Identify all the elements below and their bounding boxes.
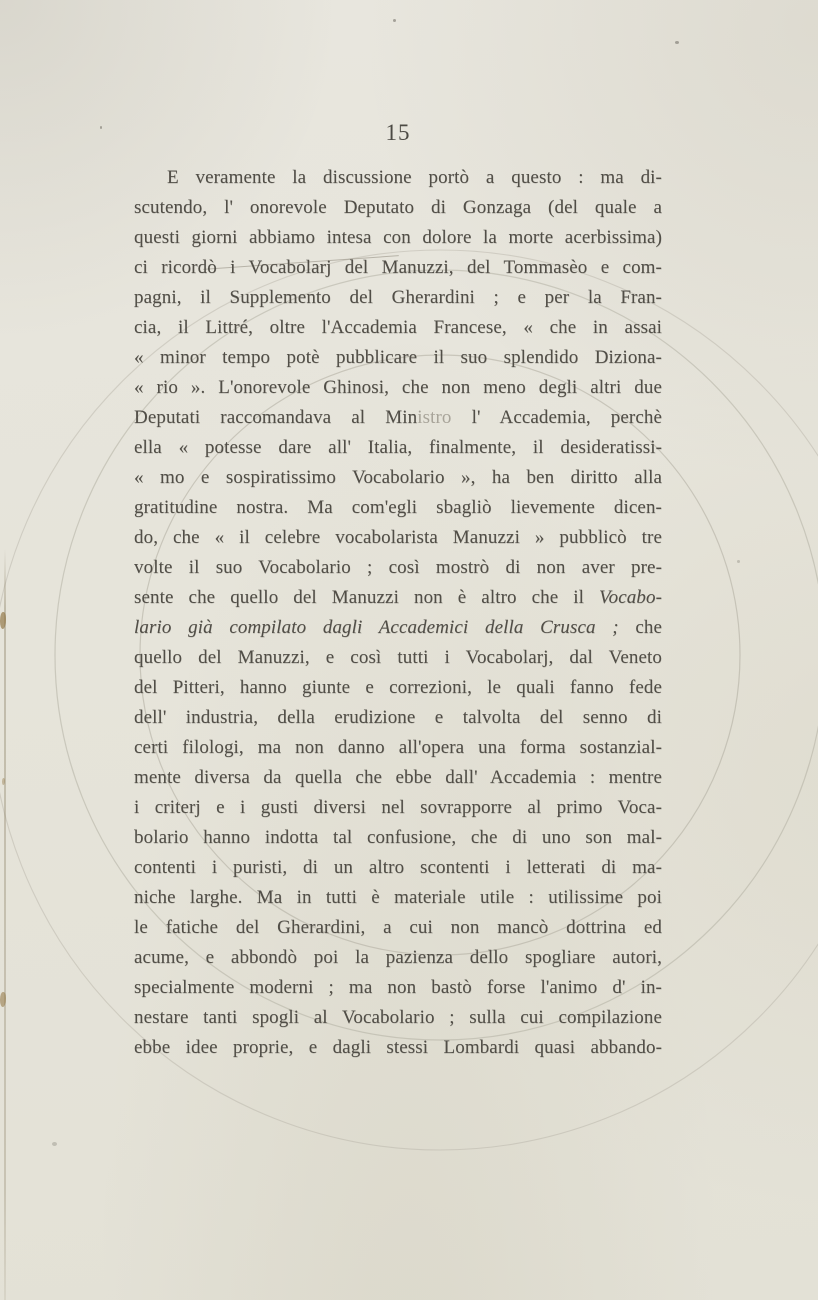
- text-line: « mo e sospiratissimo Vocabolario », ha …: [134, 463, 662, 493]
- page-left-edge: [4, 548, 6, 1300]
- text-line: scutendo, l' onorevole Deputato di Gonza…: [134, 193, 662, 223]
- text-line: questi giorni abbiamo intesa con dolore …: [134, 223, 662, 253]
- paper-speck: [52, 1142, 57, 1146]
- paper-speck: [100, 126, 102, 129]
- text-line: niche larghe. Ma in tutti è materiale ut…: [134, 883, 662, 913]
- text-line: le fatiche del Gherardini, a cui non man…: [134, 913, 662, 943]
- text-line: lario già compilato dagli Accademici del…: [134, 613, 662, 643]
- text-line: « minor tempo potè pubblicare il suo spl…: [134, 343, 662, 373]
- scanned-book-page: 15 E veramente la discussione portò a qu…: [0, 0, 818, 1300]
- text-line: ebbe idee proprie, e dagli stessi Lombar…: [134, 1033, 662, 1063]
- text-line: gratitudine nostra. Ma com'egli sbagliò …: [134, 493, 662, 523]
- paper-speck: [737, 560, 740, 563]
- text-line: acume, e abbondò poi la pazienza dello s…: [134, 943, 662, 973]
- text-line: sente che quello del Manuzzi non è altro…: [134, 583, 662, 613]
- paper-speck: [675, 41, 679, 44]
- text-line: ella « potesse dare all' Italia, finalme…: [134, 433, 662, 463]
- text-line: do, che « il celebre vocabolarista Manuz…: [134, 523, 662, 553]
- text-line: nestare tanti spogli al Vocabolario ; su…: [134, 1003, 662, 1033]
- text-line: quello del Manuzzi, e così tutti i Vocab…: [134, 643, 662, 673]
- text-line: contenti i puristi, di un altro scontent…: [134, 853, 662, 883]
- text-line: bolario hanno indotta tal confusione, ch…: [134, 823, 662, 853]
- text-line: Deputati raccomandava al Ministro l' Acc…: [134, 403, 662, 433]
- text-line: volte il suo Vocabolario ; così mostrò d…: [134, 553, 662, 583]
- text-line: certi filologi, ma non danno all'opera u…: [134, 733, 662, 763]
- text-line: « rio ». L'onorevole Ghinosi, che non me…: [134, 373, 662, 403]
- text-line: cia, il Littré, oltre l'Accademia France…: [134, 313, 662, 343]
- text-line: pagni, il Supplemento del Gherardini ; e…: [134, 283, 662, 313]
- text-line: del Pitteri, hanno giunte e correzioni, …: [134, 673, 662, 703]
- body-text: E veramente la discussione portò a quest…: [134, 163, 662, 1063]
- page-number: 15: [134, 120, 662, 150]
- text-line: specialmente moderni ; ma non bastò fors…: [134, 973, 662, 1003]
- text-line: ci ricordò i Vocabolarj del Manuzzi, del…: [134, 253, 662, 283]
- text-line: dell' industria, della erudizione e talv…: [134, 703, 662, 733]
- text-line: E veramente la discussione portò a quest…: [134, 163, 662, 193]
- text-line: mente diversa da quella che ebbe dall' A…: [134, 763, 662, 793]
- paper-speck: [393, 19, 396, 22]
- text-line: i criterj e i gusti diversi nel sovrappo…: [134, 793, 662, 823]
